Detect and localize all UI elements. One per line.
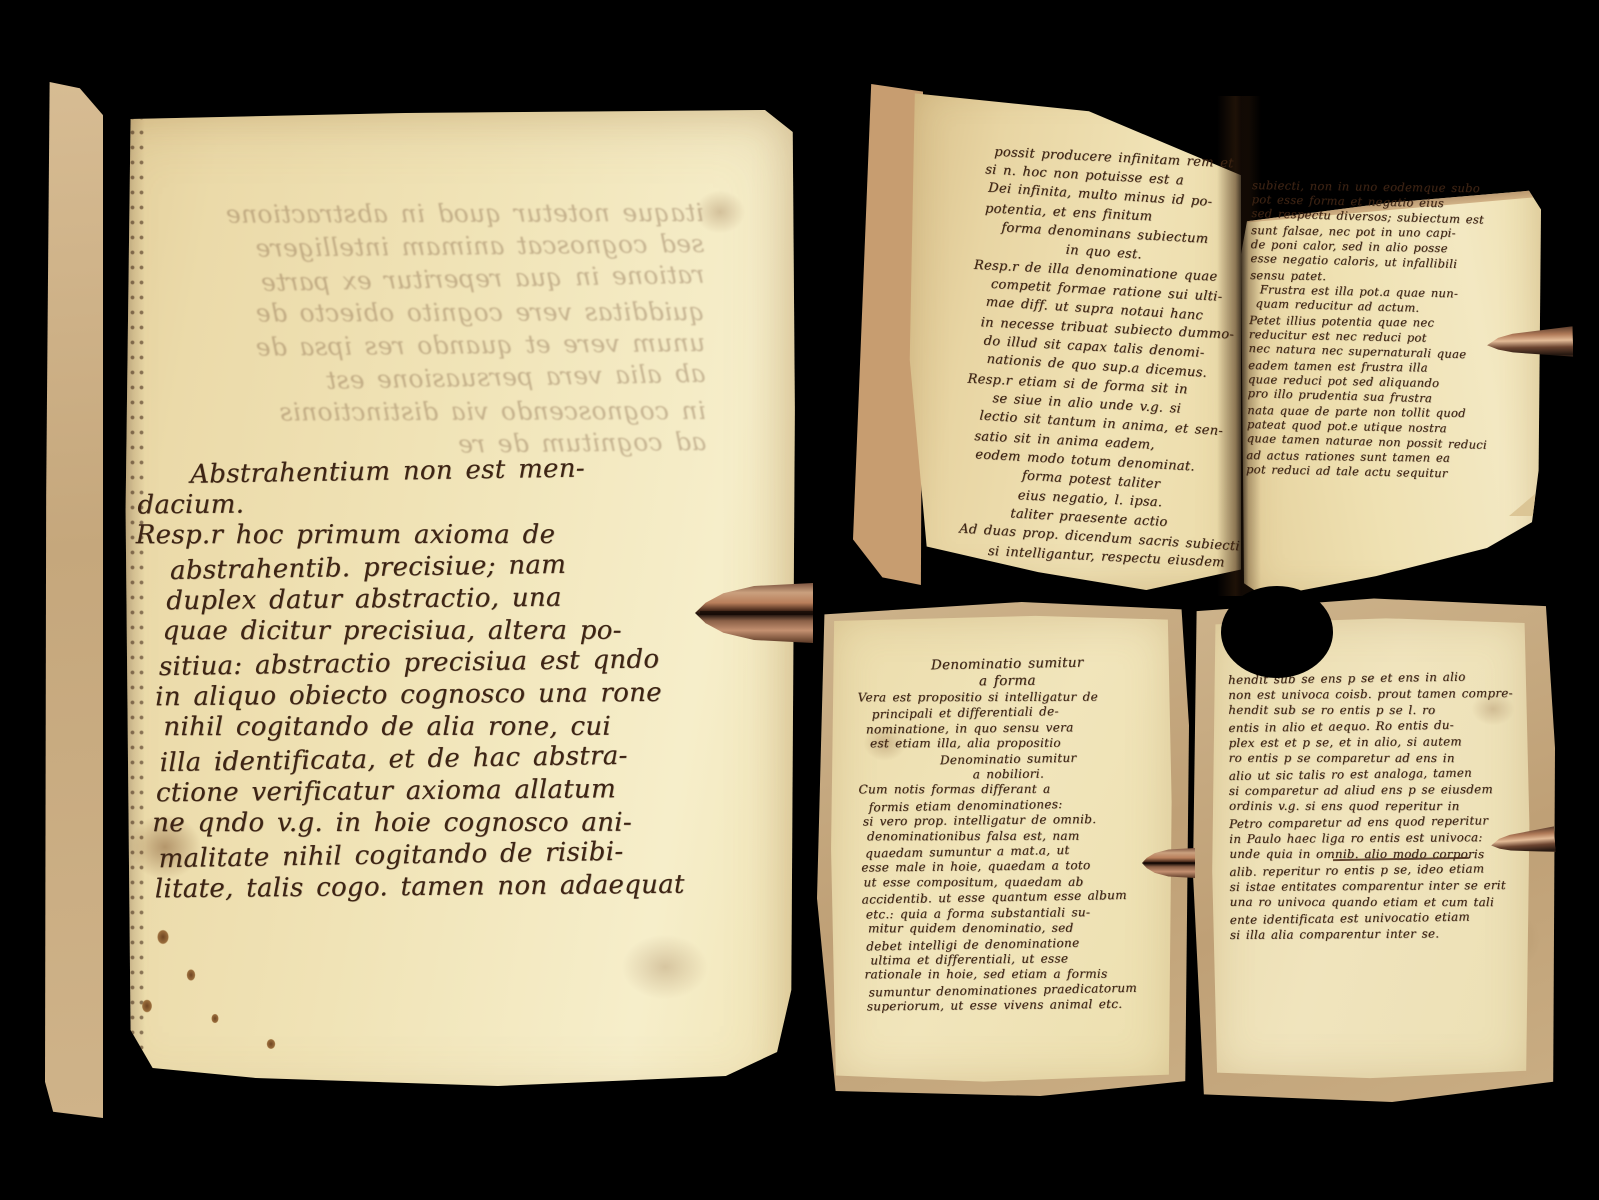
- parchment-cover-edge: [45, 82, 103, 1118]
- manuscript-text: hendit sub se ens p se et ens in alionon…: [1228, 669, 1516, 943]
- manuscript-text: possit producere infinitam rem etsi n. h…: [958, 141, 1239, 573]
- handwritten-line: non est univoca coisb. prout tamen compr…: [1228, 685, 1514, 703]
- handwritten-line: duplex datur abstractio, una: [166, 581, 702, 618]
- manuscript-photo-recto-page: itaque notetur quod in abstractionesed c…: [45, 62, 813, 1125]
- spread-gutter-notch: [1221, 586, 1333, 678]
- bleedthrough-line: quidditas vere cognito obiecto de: [145, 295, 705, 330]
- bleedthrough-line: in cognoscendo via distinctionis: [146, 394, 706, 429]
- handwritten-line: in aliquo obiecto cognosco una rone: [155, 677, 703, 714]
- manuscript-photo-denominatio-page: Denominatio sumitura formaVera est propo…: [815, 598, 1195, 1100]
- manuscript-text: Abstrahentium non est men-dacium.Resp.r …: [135, 453, 705, 906]
- spread-gutter-shadow: [1217, 96, 1261, 596]
- handwritten-line: Resp.r hoc primum axioma de: [136, 519, 702, 551]
- foxing-spot: [685, 182, 755, 242]
- handwritten-line: plex est et p se, et in alio, si autem: [1229, 733, 1515, 751]
- manuscript-text: Denominatio sumitura formaVera est propo…: [857, 654, 1161, 1015]
- manuscript-photo-open-spread: possit producere infinitam rem etsi n. h…: [845, 68, 1555, 600]
- handwritten-line: si comparetur ad aliud ens p se eiusdem: [1229, 781, 1515, 799]
- page-corner-fold: [1509, 494, 1535, 516]
- ink-stain: [605, 922, 725, 1012]
- handwritten-line: nihil cogitando de alia rone, cui: [163, 711, 703, 743]
- handwritten-line: si illa alia comparentur inter se.: [1230, 925, 1516, 943]
- ink-bleedthrough-text: itaque notetur quod in abstractionesed c…: [144, 194, 707, 464]
- handwritten-line: litate, talis cogo. tamen non adaequat: [155, 869, 705, 906]
- manuscript-text: subiecti, non in uno eodemque subopot es…: [1246, 177, 1532, 483]
- handwritten-line: in Paulo haec liga ro entis est univoca:: [1229, 829, 1515, 847]
- bleedthrough-line: itaque notetur quod in abstractione: [144, 196, 704, 231]
- manuscript-photo-ens-page: hendit sub se ens p se et ens in alionon…: [1193, 596, 1555, 1102]
- handwritten-line: ctione verificatur axioma allatum: [156, 773, 704, 810]
- handwritten-line: quae dicitur precisiua, altera po-: [163, 615, 703, 647]
- handwritten-line: si istae entitates comparentur inter se …: [1230, 877, 1516, 895]
- handwritten-line: ne qndo v.g. in hoie cognosco ani-: [152, 807, 704, 839]
- composite-background: itaque notetur quod in abstractionesed c…: [0, 0, 1599, 1200]
